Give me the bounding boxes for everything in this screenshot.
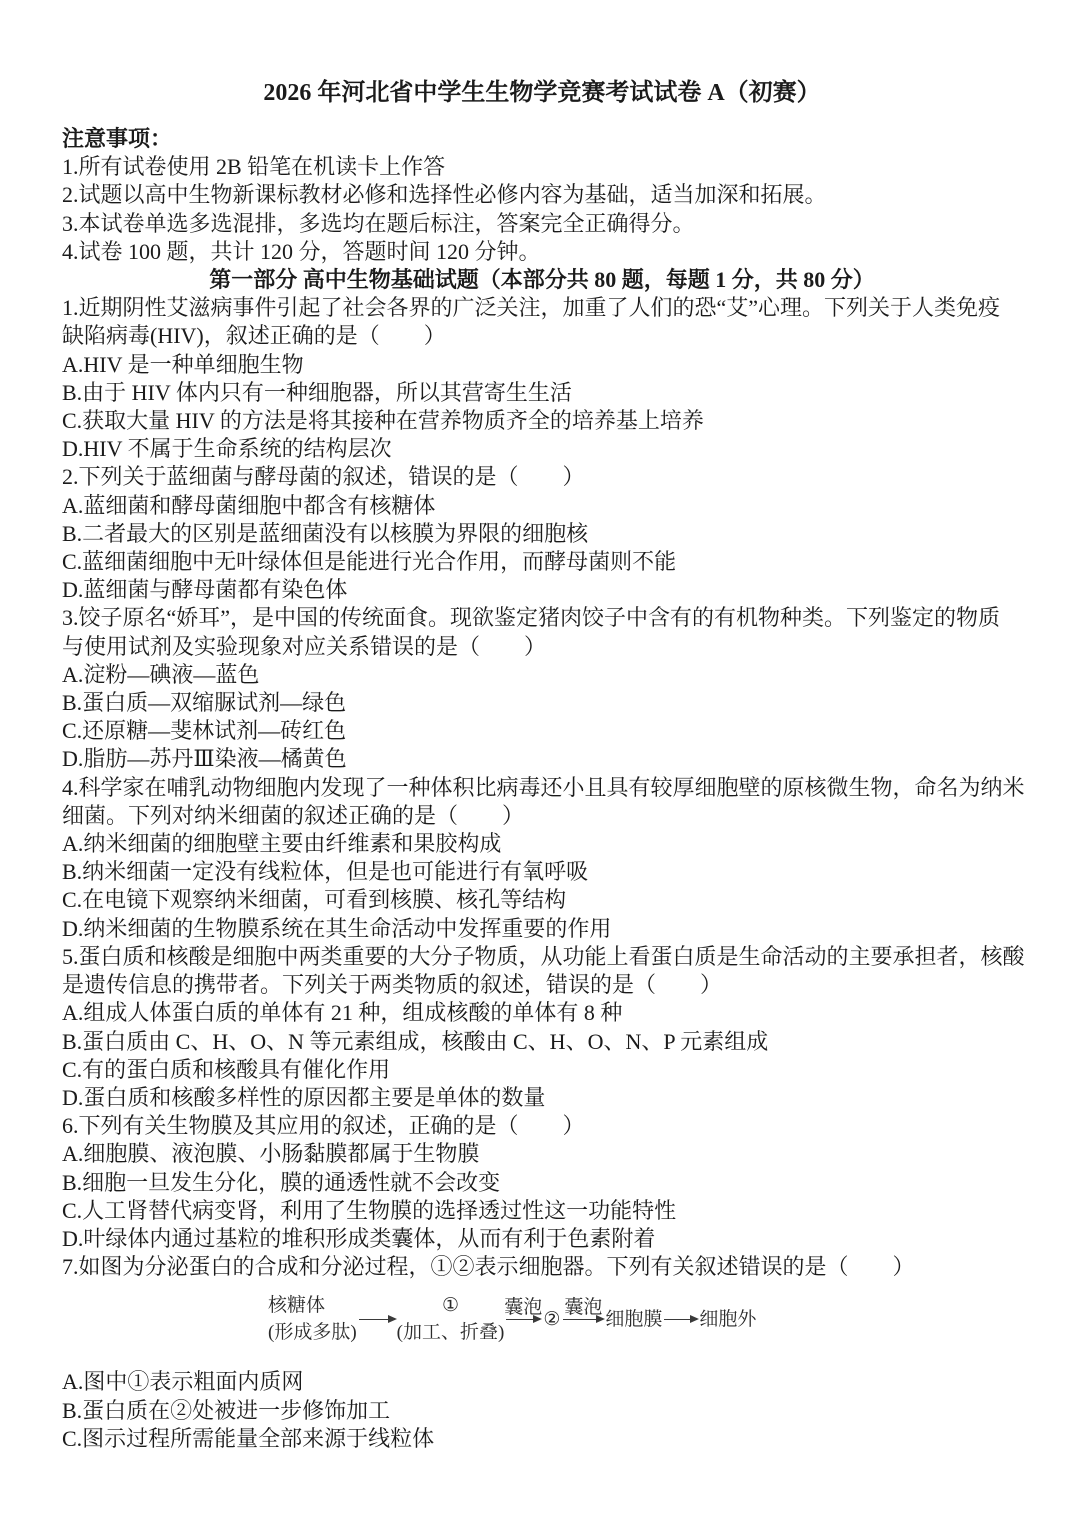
option-line: A.淀粉—碘液—蓝色	[62, 661, 1022, 689]
option-line: C.图示过程所需能量全部来源于线粒体	[62, 1425, 1022, 1453]
diagram-node-outside-cell: 细胞外	[699, 1306, 756, 1333]
question-stem-line: 细菌。下列对纳米细菌的叙述正确的是（ ）	[62, 802, 1022, 830]
question-stem-line: 5.蛋白质和核酸是细胞中两类重要的大分子物质，从功能上看蛋白质是生命活动的主要承…	[62, 943, 1022, 971]
organelle-1-note: (加工、折叠)	[397, 1319, 505, 1346]
option-line: D.蓝细菌与酵母菌都有染色体	[62, 576, 1022, 604]
diagram-node-organelle-1: ① (加工、折叠)	[397, 1292, 505, 1346]
arrow-icon: 囊泡	[563, 1319, 603, 1321]
option-line: A.图中①表示粗面内质网	[62, 1368, 1022, 1396]
question-stem-line: 6.下列有关生物膜及其应用的叙述，正确的是（ ）	[62, 1112, 1022, 1140]
diagram-node-organelle-2: ②	[542, 1306, 561, 1333]
option-line: B.二者最大的区别是蓝细菌没有以核膜为界限的细胞核	[62, 520, 1022, 548]
section-heading: 第一部分 高中生物基础试题（本部分共 80 题，每题 1 分，共 80 分）	[62, 266, 1022, 294]
option-line: A.HIV 是一种单细胞生物	[62, 351, 1022, 379]
ribosome-label: 核糖体	[268, 1292, 357, 1319]
ribosome-note: (形成多肽)	[268, 1319, 357, 1346]
document-body: 注意事项：1.所有试卷使用 2B 铅笔在机读卡上作答2.试题以高中生物新课标教材…	[62, 125, 1022, 1453]
question-stem-line: 2.下列关于蓝细菌与酵母菌的叙述，错误的是（ ）	[62, 463, 1022, 491]
option-line: C.人工肾替代病变肾，利用了生物膜的选择透过性这一功能特性	[62, 1197, 1022, 1225]
option-line: A.纳米细菌的细胞壁主要由纤维素和果胶构成	[62, 830, 1022, 858]
arrow-icon	[664, 1319, 697, 1321]
arrow-icon: 囊泡	[506, 1319, 540, 1321]
option-line: A.细胞膜、液泡膜、小肠黏膜都属于生物膜	[62, 1140, 1022, 1168]
organelle-1-number: ①	[397, 1292, 505, 1319]
notice-item: 1.所有试卷使用 2B 铅笔在机读卡上作答	[62, 153, 1022, 181]
option-line: B.蛋白质—双缩脲试剂—绿色	[62, 689, 1022, 717]
option-line: D.蛋白质和核酸多样性的原因都主要是单体的数量	[62, 1084, 1022, 1112]
option-line: B.蛋白质由 C、H、O、N 等元素组成，核酸由 C、H、O、N、P 元素组成	[62, 1028, 1022, 1056]
notice-item: 3.本试卷单选多选混排，多选均在题后标注，答案完全正确得分。	[62, 210, 1022, 238]
page-content: 2026 年河北省中学生生物学竞赛考试试卷 A（初赛） 注意事项：1.所有试卷使…	[0, 0, 1080, 1453]
option-line: C.蓝细菌细胞中无叶绿体但是能进行光合作用，而酵母菌则不能	[62, 548, 1022, 576]
notice-item: 2.试题以高中生物新课标教材必修和选择性必修内容为基础，适当加深和拓展。	[62, 181, 1022, 209]
notice-heading: 注意事项：	[62, 125, 1022, 153]
page-title: 2026 年河北省中学生生物学竞赛考试试卷 A（初赛）	[62, 78, 1022, 108]
option-line: C.有的蛋白质和核酸具有催化作用	[62, 1056, 1022, 1084]
option-line: B.细胞一旦发生分化，膜的通透性就不会改变	[62, 1169, 1022, 1197]
exam-paper-page: 2026 年河北省中学生生物学竞赛考试试卷 A（初赛） 注意事项：1.所有试卷使…	[0, 0, 1080, 1527]
option-line: A.蓝细菌和酵母菌细胞中都含有核糖体	[62, 492, 1022, 520]
secretion-pathway-diagram: 核糖体 (形成多肽) ① (加工、折叠) 囊泡 ② 囊泡 细胞膜 细胞外	[268, 1286, 1022, 1352]
arrow-icon	[359, 1319, 395, 1321]
question-stem-line: 是遗传信息的携带者。下列关于两类物质的叙述，错误的是（ ）	[62, 971, 1022, 999]
option-line: B.由于 HIV 体内只有一种细胞器，所以其营寄生生活	[62, 379, 1022, 407]
question-stem-line: 与使用试剂及实验现象对应关系错误的是（ ）	[62, 633, 1022, 661]
diagram-node-ribosome: 核糖体 (形成多肽)	[268, 1292, 357, 1346]
diagram-node-cell-membrane: 细胞膜	[605, 1306, 662, 1333]
vesicle-label: 囊泡	[504, 1298, 542, 1317]
option-line: C.在电镜下观察纳米细菌，可看到核膜、核孔等结构	[62, 886, 1022, 914]
question-stem-line: 4.科学家在哺乳动物细胞内发现了一种体积比病毒还小且具有较厚细胞壁的原核微生物，…	[62, 774, 1022, 802]
notice-item: 4.试卷 100 题，共计 120 分，答题时间 120 分钟。	[62, 238, 1022, 266]
option-line: D.脂肪—苏丹Ⅲ染液—橘黄色	[62, 745, 1022, 773]
option-line: C.获取大量 HIV 的方法是将其接种在营养物质齐全的培养基上培养	[62, 407, 1022, 435]
option-line: B.蛋白质在②处被进一步修饰加工	[62, 1397, 1022, 1425]
option-line: D.纳米细菌的生物膜系统在其生命活动中发挥重要的作用	[62, 915, 1022, 943]
option-line: C.还原糖—斐林试剂—砖红色	[62, 717, 1022, 745]
question-stem-line: 3.饺子原名“娇耳”，是中国的传统面食。现欲鉴定猪肉饺子中含有的有机物种类。下列…	[62, 604, 1022, 632]
question-stem-line: 1.近期阴性艾滋病事件引起了社会各界的广泛关注，加重了人们的恐“艾”心理。下列关…	[62, 294, 1022, 322]
option-line: D.叶绿体内通过基粒的堆积形成类囊体，从而有利于色素附着	[62, 1225, 1022, 1253]
option-line: B.纳米细菌一定没有线粒体，但是也可能进行有氧呼吸	[62, 858, 1022, 886]
option-line: D.HIV 不属于生命系统的结构层次	[62, 435, 1022, 463]
question-stem-line: 缺陷病毒(HIV)，叙述正确的是（ ）	[62, 322, 1022, 350]
option-line: A.组成人体蛋白质的单体有 21 种，组成核酸的单体有 8 种	[62, 999, 1022, 1027]
vesicle-label: 囊泡	[564, 1298, 602, 1317]
question-stem-line: 7.如图为分泌蛋白的合成和分泌过程，①②表示细胞器。下列有关叙述错误的是（ ）	[62, 1253, 1022, 1281]
